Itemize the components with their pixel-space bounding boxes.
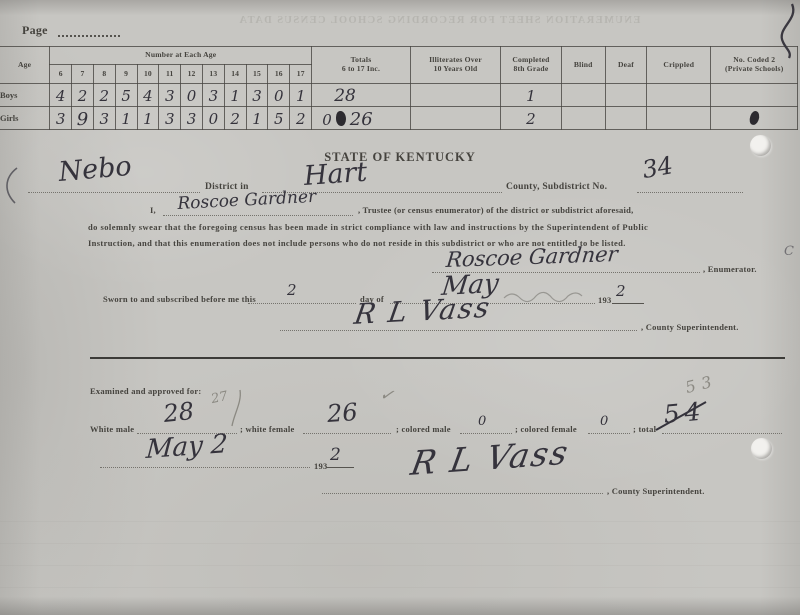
- girls-total-overwrite: 0: [322, 111, 332, 129]
- col-header-illiterates: Illiterates Over 10 Years Old: [410, 47, 501, 84]
- age-col-14: 14: [224, 65, 246, 84]
- sworn-day-handwritten: 2: [287, 281, 297, 299]
- white-female-blank: [303, 433, 391, 434]
- enumerator-name-blank: [163, 215, 353, 216]
- boys-age-16-value: 0: [274, 87, 284, 105]
- census-form-page: ENUMERATION SHEET FOR RECORDING SCHOOL C…: [0, 0, 800, 615]
- boys-age-17-value: 1: [296, 87, 306, 105]
- girls-deaf-cell: [605, 107, 646, 130]
- boys-coded-cell: [711, 84, 798, 107]
- approval-date-handwritten: May 2: [145, 429, 229, 465]
- girls-age-7-value: 9: [77, 109, 88, 130]
- boys-grade8-value: 1: [526, 87, 536, 105]
- approval-date-blank: [100, 467, 310, 468]
- bleedthrough-title: ENUMERATION SHEET FOR RECORDING SCHOOL C…: [238, 15, 640, 26]
- age-col-10: 10: [137, 65, 159, 84]
- row-label-girls: Girls: [0, 107, 50, 130]
- district-name-handwritten: Nebo: [57, 151, 133, 188]
- girls-age-16-value: 5: [274, 110, 284, 128]
- girls-blind-cell: [561, 107, 605, 130]
- girls-age-11-value: 3: [165, 110, 175, 128]
- girls-crippled-cell: [647, 107, 711, 130]
- girls-coded-cell: [711, 107, 798, 130]
- sworn-day-blank: [248, 303, 356, 304]
- col-header-illit-line2: 10 Years Old: [411, 65, 501, 74]
- table-row-girls: Girls 3 9 3 1 1 3 3 0 2 1 5 2 0 26 2: [0, 107, 798, 130]
- age-col-17: 17: [290, 65, 312, 84]
- row-label-boys: Boys: [0, 84, 50, 107]
- punch-hole: [750, 135, 771, 156]
- pen-mark: [2, 166, 20, 206]
- boys-deaf-cell: [605, 84, 646, 107]
- white-female-label: ; white female: [240, 424, 294, 435]
- boys-illiterates-cell: [410, 84, 501, 107]
- girls-age-13-value: 0: [209, 110, 219, 128]
- boys-age-11-value: 3: [165, 87, 175, 105]
- age-col-7: 7: [72, 65, 94, 84]
- sworn-year-handwritten: 2: [616, 282, 626, 300]
- census-count-table: Age Number at Each Age Totals 6 to 17 In…: [0, 46, 798, 130]
- group-header: Number at Each Age: [50, 47, 312, 65]
- table-row-boys: Boys 4 2 2 5 4 3 0 3 1 3 0 1 28 1: [0, 84, 798, 107]
- oath-line1: , Trustee (or census enumerator) of the …: [358, 205, 634, 216]
- superintendent-label-bottom: , County Superintendent.: [607, 486, 705, 497]
- age-col-16: 16: [268, 65, 290, 84]
- col-header-totals: Totals 6 to 17 Inc.: [312, 47, 411, 84]
- boys-age-13-value: 3: [209, 87, 219, 105]
- girls-total-value: 26: [350, 109, 373, 130]
- enumerator-label: , Enumerator.: [703, 264, 757, 275]
- superintendent-signature-blank-top: [280, 330, 637, 331]
- boys-age-14-value: 1: [230, 87, 240, 105]
- enumerator-name-handwritten: Roscoe Gardner: [177, 187, 317, 214]
- col-header-totals-line2: 6 to 17 Inc.: [312, 65, 410, 74]
- boys-blind-cell: [561, 84, 605, 107]
- faint-scribble: [502, 286, 597, 304]
- oath-line2: do solemnly swear that the foregoing cen…: [88, 222, 648, 233]
- bleedthrough-grid: [0, 500, 800, 608]
- age-corner-header: Age: [0, 47, 50, 84]
- age-col-8: 8: [93, 65, 115, 84]
- county-subdistrict-label: County, Subdistrict No.: [506, 182, 607, 194]
- boys-age-12-value: 0: [187, 87, 197, 105]
- boys-crippled-cell: [647, 84, 711, 107]
- age-col-11: 11: [159, 65, 181, 84]
- subdistrict-number-handwritten: 34: [640, 151, 675, 184]
- age-col-9: 9: [115, 65, 137, 84]
- white-female-checkmark: ✓: [378, 384, 396, 406]
- pen-mark: [768, 2, 798, 60]
- total-pencil-note: 53: [683, 371, 719, 397]
- age-col-13: 13: [202, 65, 224, 84]
- pen-mark: C: [784, 244, 794, 259]
- girls-age-8-value: 3: [100, 110, 110, 128]
- approval-year-handwritten: 2: [330, 445, 341, 465]
- boys-age-15-value: 3: [252, 87, 262, 105]
- approval-year-underline: [326, 467, 354, 468]
- page-label: Page: [22, 23, 48, 38]
- superintendent-label-top: , County Superintendent.: [641, 322, 739, 333]
- girls-illiterates-cell: [410, 107, 501, 130]
- col-header-grade-line2: 8th Grade: [501, 65, 560, 74]
- girls-age-9-value: 1: [121, 110, 131, 128]
- col-header-coded-line2: (Private Schools): [711, 65, 797, 74]
- ink-blot: [336, 111, 346, 126]
- page-number-blank: [58, 35, 120, 37]
- subdistrict-blank: [637, 192, 743, 193]
- sworn-prefix: Sworn to and subscribed before me this: [103, 294, 256, 305]
- boys-age-7-value: 2: [78, 87, 88, 105]
- superintendent-signature-blank-bottom: [322, 493, 603, 494]
- boys-age-10-value: 4: [143, 87, 153, 105]
- colored-female-value: 0: [600, 414, 608, 429]
- colored-male-value: 0: [478, 414, 486, 429]
- age-col-6: 6: [50, 65, 72, 84]
- col-header-blind: Blind: [561, 47, 605, 84]
- total-strike: [652, 398, 712, 434]
- sworn-year-prefix: 193: [598, 295, 612, 306]
- age-col-12: 12: [181, 65, 203, 84]
- age-col-15: 15: [246, 65, 268, 84]
- sworn-year-underline: [612, 303, 644, 304]
- col-header-grade8: Completed 8th Grade: [501, 47, 561, 84]
- col-header-crippled: Crippled: [647, 47, 711, 84]
- girls-grade8-value: 2: [526, 110, 536, 128]
- superintendent-signature-bottom: R L Vass: [408, 432, 573, 483]
- boys-age-8-value: 2: [100, 87, 110, 105]
- colored-male-label: ; colored male: [396, 424, 451, 435]
- girls-age-10-value: 1: [143, 110, 153, 128]
- white-female-value: 26: [326, 398, 358, 428]
- enumerator-signature: Roscoe Gardner: [445, 242, 619, 272]
- colored-female-blank: [588, 433, 630, 434]
- district-blank: [28, 192, 200, 193]
- boys-age-9-value: 5: [121, 87, 131, 105]
- girls-age-15-value: 1: [252, 110, 262, 128]
- col-header-deaf: Deaf: [605, 47, 646, 84]
- colored-male-blank: [460, 433, 512, 434]
- punch-hole: [751, 438, 772, 459]
- superintendent-signature-top: R L Vass: [352, 291, 494, 331]
- girls-age-14-value: 2: [230, 110, 240, 128]
- boys-total-value: 28: [334, 86, 356, 106]
- girls-age-12-value: 3: [187, 110, 197, 128]
- girls-age-6-value: 3: [56, 110, 66, 128]
- white-male-label: White male: [90, 424, 134, 435]
- white-male-pencil-note: 27: [210, 389, 229, 407]
- boys-age-6-value: 4: [56, 87, 66, 105]
- girls-age-17-value: 2: [296, 110, 306, 128]
- ink-blot: [748, 110, 761, 126]
- oath-i-label: I,: [150, 205, 156, 216]
- white-male-value: 28: [162, 397, 195, 428]
- pencil-stroke: [228, 388, 244, 428]
- examined-heading: Examined and approved for:: [90, 386, 201, 397]
- section-divider: [90, 357, 785, 359]
